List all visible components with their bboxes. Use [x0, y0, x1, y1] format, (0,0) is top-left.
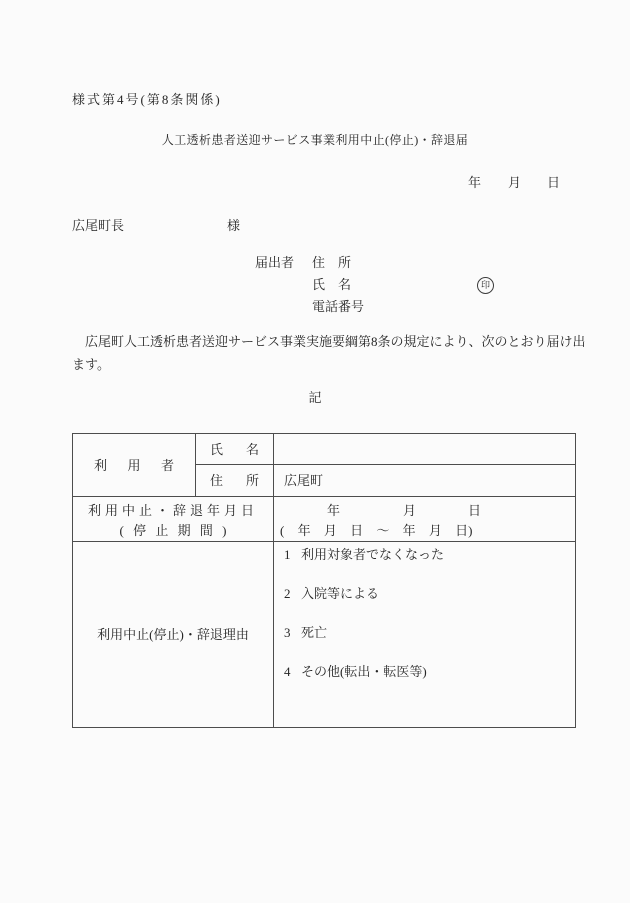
period-day-label: 日: [468, 501, 481, 521]
period-label-line2: ( 停 止 期 間 ): [73, 521, 273, 541]
addressee-honorific: 様: [227, 219, 240, 232]
date-year-label: 年: [468, 175, 481, 190]
reason-number: 3: [284, 626, 301, 640]
declarant-block: 届出者 住 所 氏 名 印 電話番号: [255, 252, 515, 318]
declarant-address-line: 届出者 住 所: [255, 252, 515, 274]
table-row-name: 利 用 者 氏 名: [73, 434, 576, 465]
declarant-name-line: 氏 名 印: [255, 274, 515, 296]
declarant-phone-label: 電話番号: [312, 296, 364, 318]
declarant-label: 届出者: [255, 252, 294, 274]
reason-item: 3死亡: [284, 626, 575, 640]
document-page: 様式第4号(第8条関係) 人工透析患者送迎サービス事業利用中止(停止)・辞退届 …: [0, 0, 630, 903]
period-value-cell: 年月日 ( 年 月 日 〜 年 月 日): [274, 497, 576, 542]
body-line-1: 広尾町人工透析患者送迎サービス事業実施要綱第8条の規定により、次のとおり届け出: [72, 330, 582, 353]
reason-number: 2: [284, 587, 301, 601]
addressee-name: 広尾町長: [72, 218, 124, 233]
period-value-line1: 年月日: [274, 501, 575, 521]
reason-value-cell: 1利用対象者でなくなった 2入院等による 3死亡 4その他(転出・転医等): [274, 542, 576, 728]
seal-character: 印: [481, 281, 490, 290]
body-paragraph: 広尾町人工透析患者送迎サービス事業実施要綱第8条の規定により、次のとおり届け出 …: [72, 330, 582, 376]
period-month-label: 月: [403, 501, 416, 521]
reason-item: 4その他(転出・転医等): [284, 665, 575, 679]
address-label-cell: 住 所: [196, 465, 274, 497]
reason-text: 死亡: [301, 625, 327, 640]
period-value-line2: ( 年 月 日 〜 年 月 日): [274, 521, 575, 541]
reason-text: その他(転出・転医等): [301, 664, 427, 679]
declarant-address-label: 住 所: [312, 252, 351, 274]
user-label-cell: 利 用 者: [73, 434, 196, 497]
period-label-cell: 利用中止・辞退年月日 ( 停 止 期 間 ): [73, 497, 274, 542]
body-line-2: ます。: [72, 353, 582, 376]
record-heading: 記: [0, 391, 630, 404]
name-label-cell: 氏 名: [196, 434, 274, 465]
form-table: 利 用 者 氏 名 住 所 広尾町 利用中止・辞退年月日 ( 停 止 期 間 )…: [72, 433, 576, 728]
reason-item: 1利用対象者でなくなった: [284, 548, 575, 562]
date-day-label: 日: [547, 176, 560, 189]
reason-label-cell: 利用中止(停止)・辞退理由: [73, 542, 274, 728]
reason-text: 利用対象者でなくなった: [301, 547, 444, 562]
reason-text: 入院等による: [301, 586, 379, 601]
declarant-name-label: 氏 名: [312, 274, 351, 296]
period-year-label: 年: [327, 503, 340, 518]
addressee-line: 広尾町長 様: [72, 219, 392, 233]
reason-number: 4: [284, 665, 301, 679]
form-number: 様式第4号(第8条関係): [72, 93, 222, 106]
name-value-cell: [274, 434, 576, 465]
declarant-phone-line: 電話番号: [255, 296, 515, 318]
reason-item: 2入院等による: [284, 587, 575, 601]
document-title: 人工透析患者送迎サービス事業利用中止(停止)・辞退届: [0, 134, 630, 146]
seal-icon: 印: [477, 277, 494, 294]
reason-number: 1: [284, 548, 301, 562]
date-line: 年月日: [468, 176, 560, 189]
address-value-cell: 広尾町: [274, 465, 576, 497]
period-label-line1: 利用中止・辞退年月日: [73, 501, 273, 521]
table-row-reason: 利用中止(停止)・辞退理由 1利用対象者でなくなった 2入院等による 3死亡 4…: [73, 542, 576, 728]
table-row-period: 利用中止・辞退年月日 ( 停 止 期 間 ) 年月日 ( 年 月 日 〜 年 月…: [73, 497, 576, 542]
date-month-label: 月: [508, 176, 521, 189]
